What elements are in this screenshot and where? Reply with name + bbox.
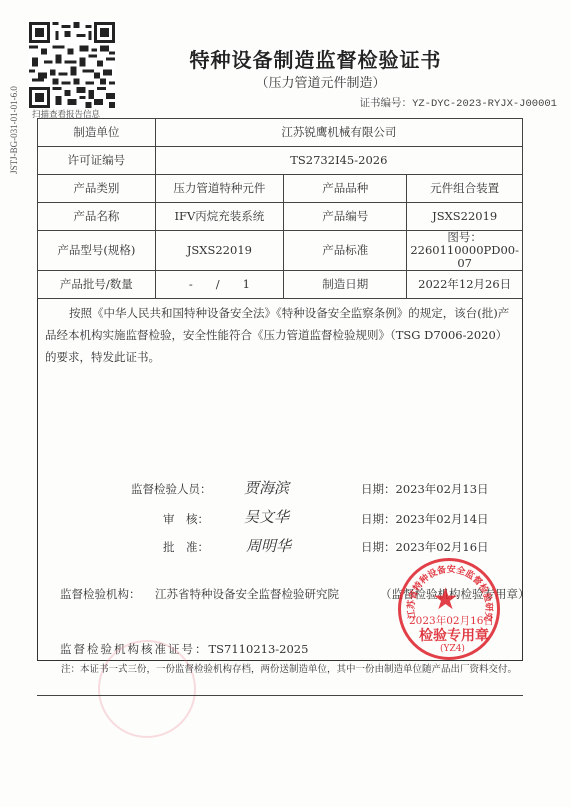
product-variety-label: 产品品种 xyxy=(284,175,407,203)
inspector-label: 监督检验人员： xyxy=(131,481,212,497)
reviewer-date: 日期：2023年02月14日 xyxy=(361,511,489,527)
organization-name: 江苏省特种设备安全监督检验研究院 xyxy=(155,586,339,602)
product-name-value: IFV丙烷充装系统 xyxy=(155,203,283,231)
product-number-value: JSXS22019 xyxy=(407,203,523,231)
product-name-label: 产品名称 xyxy=(38,203,156,231)
license-label: 许可证编号 xyxy=(38,147,156,175)
footnote: 注：本证书一式三份，一份监督检验机构存档，两份送制造单位，其中一份由制造单位随产… xyxy=(45,662,523,678)
approver-date: 日期：2023年02月16日 xyxy=(361,539,489,555)
batch-quantity-label: 产品批号/数量 xyxy=(38,271,156,299)
table-row: 产品名称 IFV丙烷充装系统 产品编号 JSXS22019 xyxy=(38,203,523,231)
approver-signature: 周明华 xyxy=(246,535,291,556)
page-title: 特种设备制造监督检验证书 xyxy=(0,44,571,73)
certificate-number: 证书编号：YZ-DYC-2023-RYJX-J00001 xyxy=(360,95,557,110)
seal-code: (YZ4) xyxy=(440,644,465,654)
certificate-number-label: 证书编号： xyxy=(360,97,413,109)
certificate-number-value: YZ-DYC-2023-RYJX-J00001 xyxy=(412,98,557,110)
batch-quantity-value: - / 1 xyxy=(155,271,283,299)
faint-seal-impression xyxy=(98,640,196,738)
reviewer-label: 审 核： xyxy=(163,511,209,527)
product-number-label: 产品编号 xyxy=(284,203,407,231)
product-standard-label: 产品标准 xyxy=(284,231,407,271)
inspector-date: 日期：2023年02月13日 xyxy=(361,481,489,497)
table-row: 产品批号/数量 - / 1 制造日期 2022年12月26日 xyxy=(38,271,523,299)
product-variety-value: 元件组合装置 xyxy=(407,175,523,203)
approver-label: 批 准： xyxy=(163,539,209,555)
product-model-label: 产品型号(规格) xyxy=(38,231,156,271)
table-row: 制造单位 江苏锐鹰机械有限公司 xyxy=(38,119,523,147)
footnote-divider xyxy=(37,695,523,696)
product-info-table: 制造单位 江苏锐鹰机械有限公司 许可证编号 TS2732I45-2026 产品类… xyxy=(37,118,523,299)
manufacture-date-value: 2022年12月26日 xyxy=(407,271,523,299)
table-row: 许可证编号 TS2732I45-2026 xyxy=(38,147,523,175)
manufacture-date-label: 制造日期 xyxy=(284,271,407,299)
manufacturer-value: 江苏锐鹰机械有限公司 xyxy=(155,119,522,147)
table-row: 产品类别 压力管道特种元件 产品品种 元件组合装置 xyxy=(38,175,523,203)
manufacturer-label: 制造单位 xyxy=(38,119,156,147)
reviewer-signature: 吴文华 xyxy=(244,506,289,527)
product-category-label: 产品类别 xyxy=(38,175,156,203)
inspector-signature: 贾海滨 xyxy=(244,477,289,498)
table-row: 产品型号(规格) JSXS22019 产品标准 图号：2260110000PD0… xyxy=(38,231,523,271)
license-value: TS2732I45-2026 xyxy=(155,147,522,175)
seal-text: 检验专用章 xyxy=(419,625,489,645)
certification-statement: 按照《中华人民共和国特种设备安全法》《特种设备安全监察条例》的规定，该台(批)产… xyxy=(45,302,515,368)
product-model-value: JSXS22019 xyxy=(155,231,283,271)
product-category-value: 压力管道特种元件 xyxy=(155,175,283,203)
product-standard-value: 图号：2260110000PD00-07 xyxy=(407,231,523,271)
page-subtitle: （压力管道元件制造） xyxy=(0,72,571,91)
organization-label: 监督检验机构： xyxy=(60,586,141,602)
seal-star-icon: ★ xyxy=(432,585,459,615)
approval-number: 监督检验机构核准证号：TS7110213-2025 xyxy=(60,641,308,657)
